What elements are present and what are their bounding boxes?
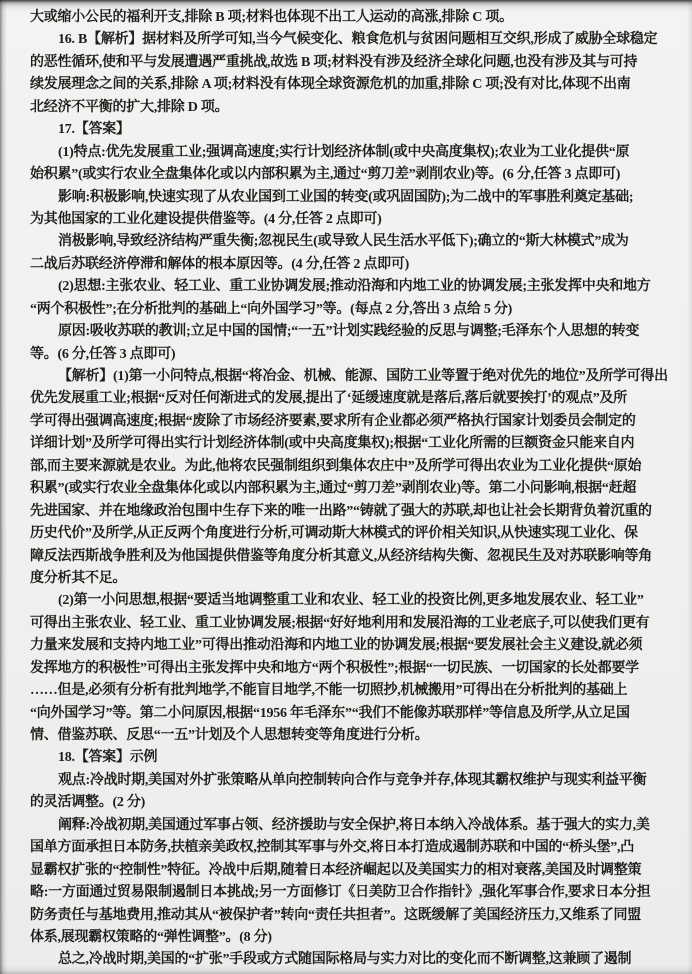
text-line: 详细计划”及所学可得出实行计划经济体制(或中央高度集权);根据“工业化所需的巨额…	[30, 433, 667, 455]
text-line: 为其他国家的工业化建设提供借鉴等。(4 分,任答 2 点即可)	[30, 209, 667, 231]
text-line: (2)思想:主张农业、轻工业、重工业协调发展;推动沿海和内地工业的协调发展;主张…	[30, 276, 667, 298]
text-line: (2)第一小问思想,根据“要适当地调整重工业和农业、轻工业的投资比例,更多地发展…	[30, 590, 667, 612]
text-line: 二战后苏联经济停滞和解体的根本原因等。(4 分,任答 2 点即可)	[30, 254, 667, 276]
text-line: 【解析】(1)第一小问特点,根据“将冶金、机械、能源、国防工业等置于绝对优先的地…	[30, 366, 667, 388]
text-line: 阐释:冷战初期,美国通过军事占领、经济援助与安全保护,将日本纳入冷战体系。基于强…	[30, 815, 667, 837]
text-line: 总之,冷战时期,美国的“扩张”手段或方式随国际格局与实力对比的变化而不断调整,这…	[30, 949, 667, 971]
text-line: 的灵活调整。(2 分)	[30, 792, 667, 814]
text-line: 积累”(或实行农业全盘集体化或以内部积累为主,通过“剪刀差”剥削农业)等。第二小…	[30, 478, 667, 500]
text-line: 影响:积极影响,快速实现了从农业国到工业国的转变(或巩固国防);为二战中的军事胜…	[30, 187, 667, 209]
text-line: 历史代价”及所学,从正反两个角度进行分析,可调动斯大林模式的评价相关知识,从快速…	[30, 523, 667, 545]
text-line: 发挥地方的积极性”可得出主张发挥中央和地方“两个积极性”;根据“一切民族、一切国…	[30, 658, 667, 680]
text-line: 情、借鉴苏联、反思“一五”计划及个人思想转变等角度进行分析。	[30, 725, 667, 747]
text-line: 18.【答案】示例	[30, 747, 667, 769]
text-line: 体系,展现霸权策略的“弹性调整”。(8 分)	[30, 927, 667, 949]
text-line: 优先发展重工业;根据“反对任何渐进式的发展,提出了‘延缓速度就是落后,落后就要挨…	[30, 388, 667, 410]
text-line: 可得出主张农业、轻工业、重工业协调发展;根据“好好地利用和发展沿海的工业老底子,…	[30, 613, 667, 635]
text-line: 部,而主要来源就是农业。为此,他将农民强制组织到集体农庄中”及所学可得出农业为工…	[30, 456, 667, 478]
text-line: 力量来发展和支持内地工业”可得出推动沿海和内地工业的协调发展;根据“要发展社会主…	[30, 635, 667, 657]
text-line: “向外国学习”等。第二小问原因,根据“1956 年毛泽东”“我们不能像苏联那样”…	[30, 703, 667, 725]
text-line: 学可得出强调高速度;根据“废除了市场经济要素,要求所有企业都必须严格执行国家计划…	[30, 411, 667, 433]
text-line: 防务责任与基地费用,推动其从“被保护者”转向“责任共担者”。这既缓解了美国经济压…	[30, 905, 667, 927]
text-line: ……但是,必须有分析有批判地学,不能盲目地学,不能一切照抄,机械搬用”可得出在分…	[30, 680, 667, 702]
text-line: 北经济不平衡的扩大,排除 D 项。	[30, 97, 667, 119]
text-line: 消极影响,导致经济结构严重失衡;忽视民生(或导致人民生活水平低下);确立的“斯大…	[30, 231, 667, 253]
text-line: (1)特点:优先发展重工业;强调高速度;实行计划经济体制(或中央高度集权);农业…	[30, 142, 667, 164]
text-line: 续发展理念之间的关系,排除 A 项;材料没有体现全球资源危机的加重,排除 C 项…	[30, 74, 667, 96]
text-line: 等。(6 分,任答 3 点即可)	[30, 344, 667, 366]
text-line: 障反法西斯战争胜利及为他国提供借鉴等角度分析其意义,从经济结构失衡、忽视民生及对…	[30, 546, 667, 568]
text-line: 观点:冷战时期,美国对外扩张策略从单向控制转向合作与竞争并存,体现其霸权维护与现…	[30, 770, 667, 792]
text-line: 17.【答案】	[30, 119, 667, 141]
text-line: 度分析其不足。	[30, 568, 667, 590]
text-line: “两个积极性”;在分析批判的基础上“向外国学习”等。(每点 2 分,答出 3 点…	[30, 299, 667, 321]
text-line: 始积累”(或实行农业全盘集体化或以内部积累为主,通过“剪刀差”剥削农业)等。(6…	[30, 164, 667, 186]
text-line: 略:一方面通过贸易限制遏制日本挑战;另一方面修订《日美防卫合作指针》,强化军事合…	[30, 882, 667, 904]
text-line: 的恶性循环,使和平与发展遭遇严重挑战,故选 B 项;材料没有涉及经济全球化问题,…	[30, 52, 667, 74]
text-line: 原因:吸收苏联的教训;立足中国的国情;“一五”计划实践经验的反思与调整;毛泽东个…	[30, 321, 667, 343]
scanned-document-page: 大或缩小公民的福利开支,排除 B 项;材料也体现不出工人运动的高涨,排除 C 项…	[0, 0, 692, 974]
text-line: 16. B【解析】据材料及所学可知,当今气候变化、粮食危机与贫困问题相互交织,形…	[30, 29, 667, 51]
text-line: 先进国家、并在地缘政治包围中生存下来的唯一出路”“铸就了强大的苏联,却也让社会长…	[30, 501, 667, 523]
document-body: 大或缩小公民的福利开支,排除 B 项;材料也体现不出工人运动的高涨,排除 C 项…	[30, 7, 667, 972]
text-line: 国单方面承担日本防务,扶植亲美政权,控制其军事与外交,将日本打造成遏制苏联和中国…	[30, 837, 667, 859]
text-line: 大或缩小公民的福利开支,排除 B 项;材料也体现不出工人运动的高涨,排除 C 项…	[30, 7, 667, 29]
text-line: 显霸权扩张的“控制性”特征。冷战中后期,随着日本经济崛起以及美国实力的相对衰落,…	[30, 860, 667, 882]
